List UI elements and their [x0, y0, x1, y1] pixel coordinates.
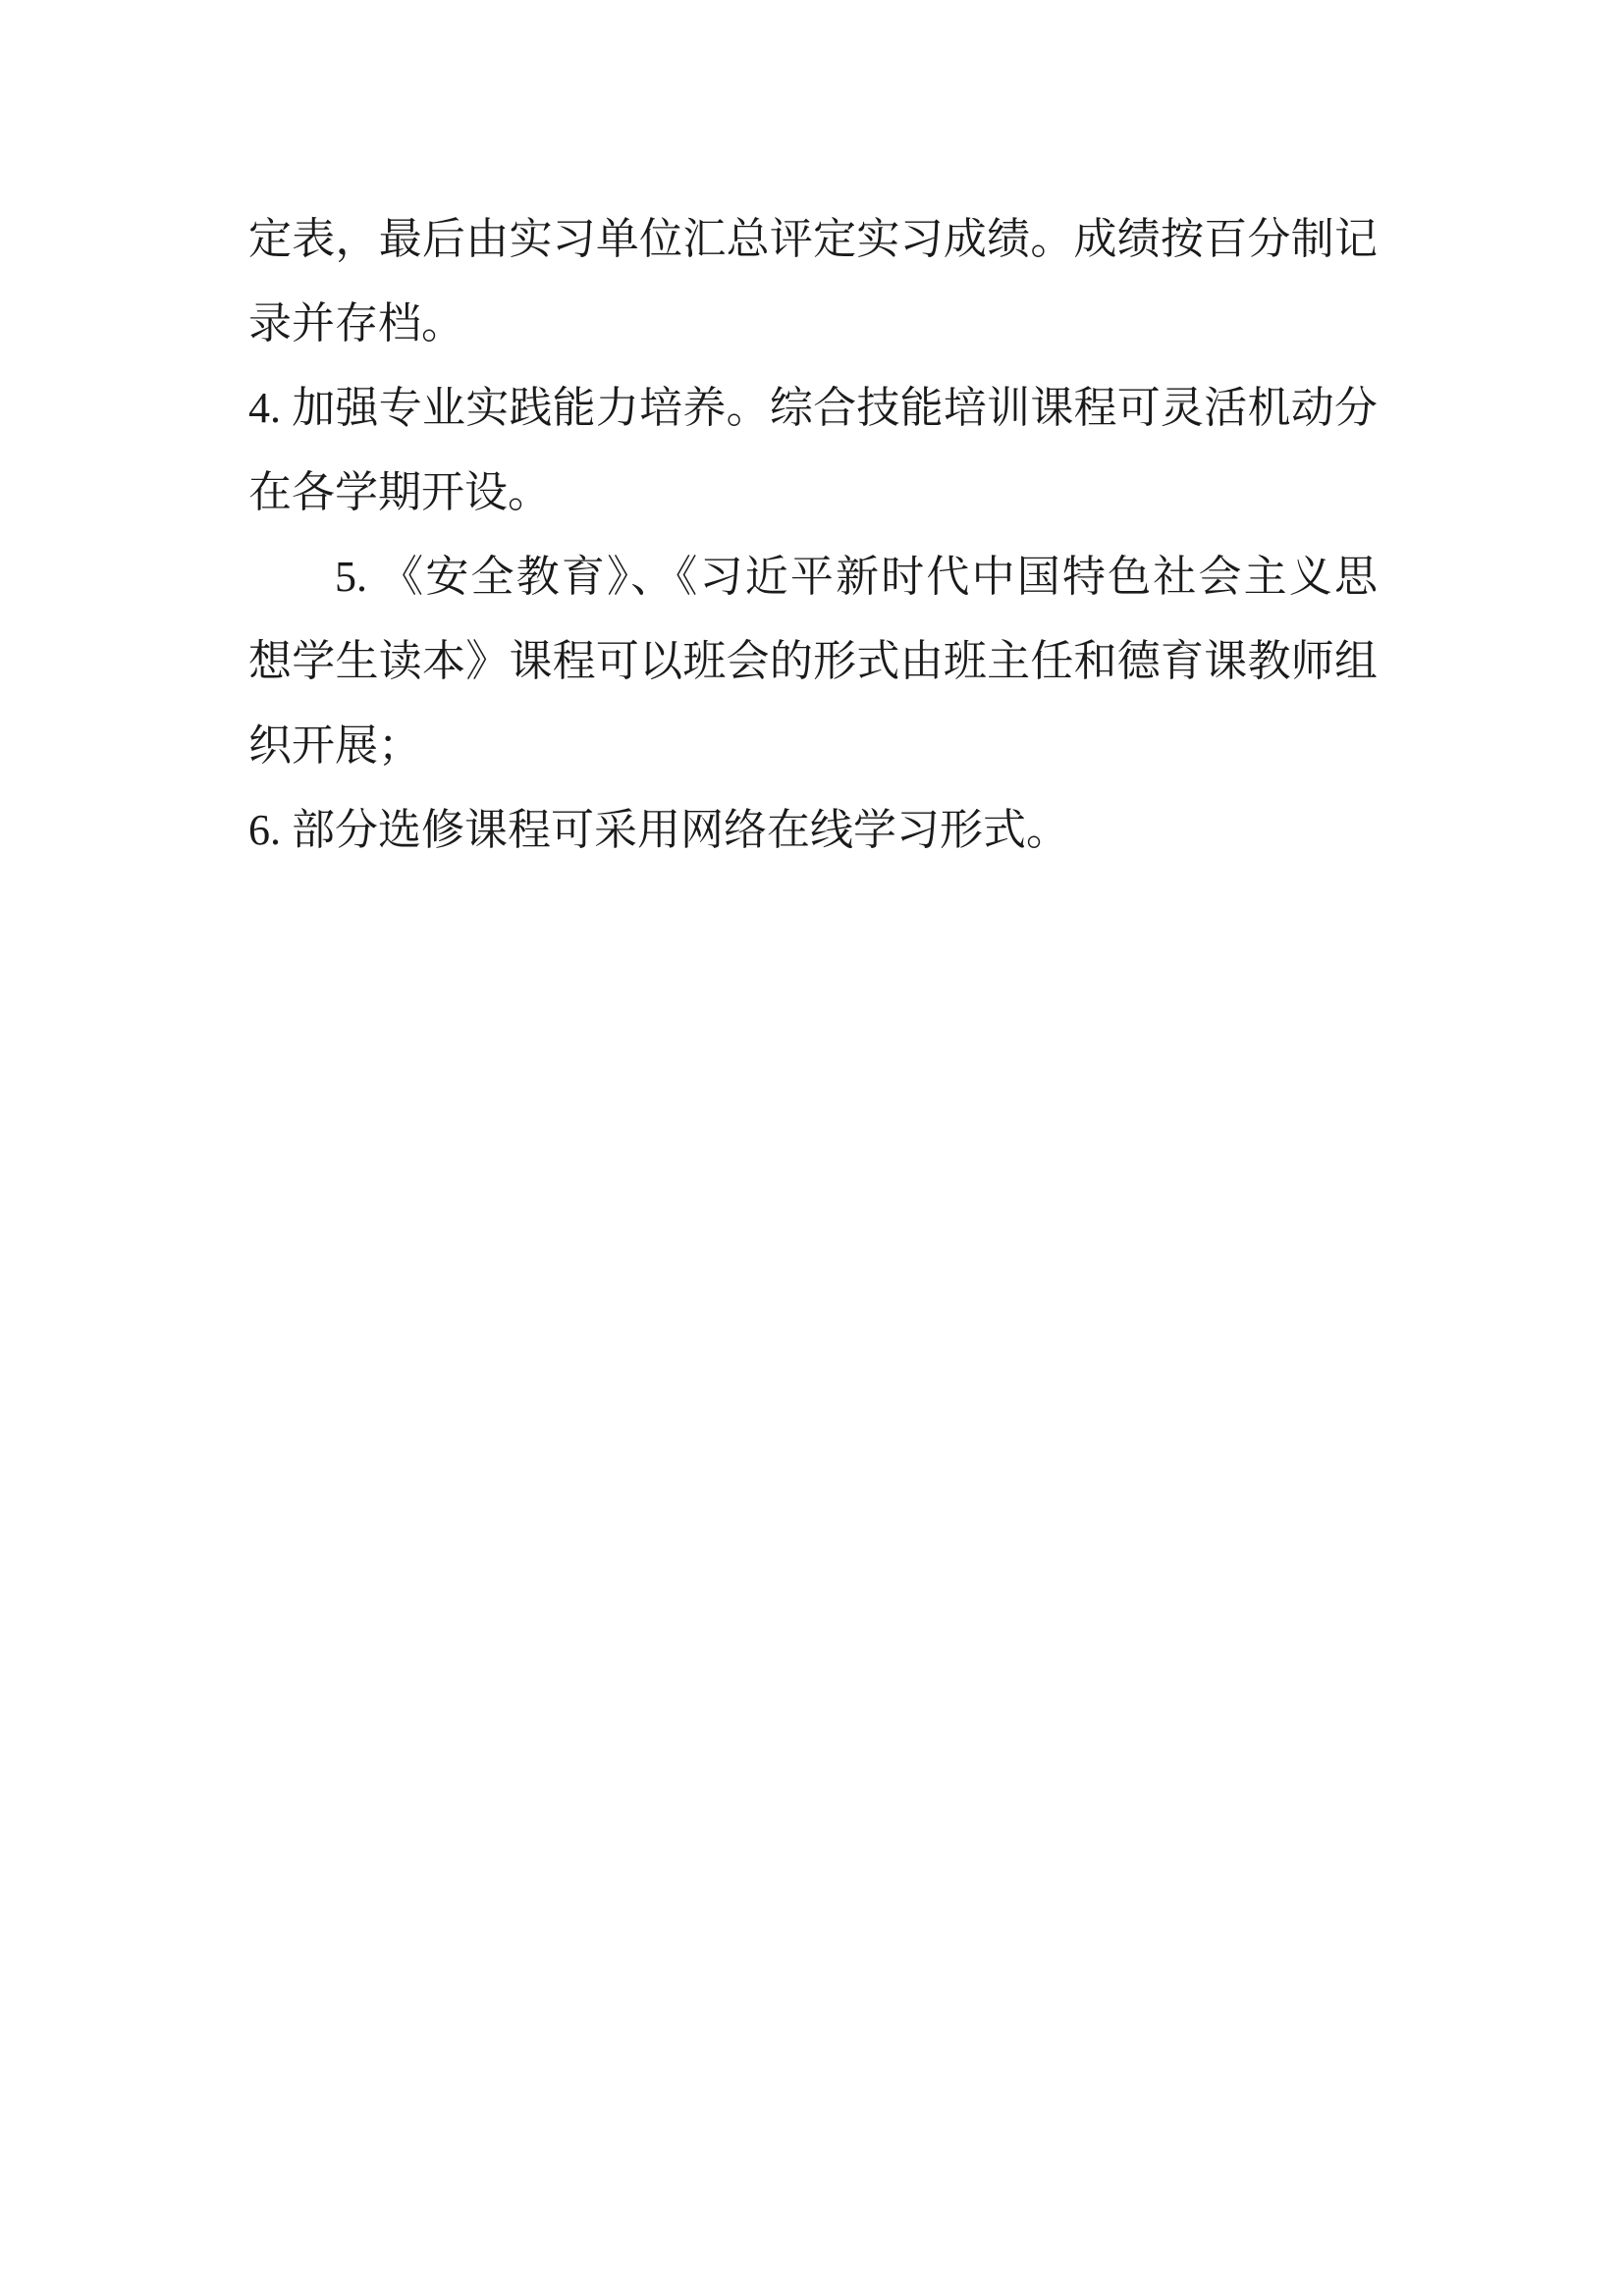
text-line-2: 录并存档。 — [248, 282, 1378, 366]
text-line-6: 想学生读本》课程可以班会的形式由班主任和德育课教师组 — [248, 619, 1378, 704]
text-line-1: 定表，最后由实习单位汇总评定实习成绩。成绩按百分制记 — [248, 197, 1378, 282]
document-text-block: 定表，最后由实习单位汇总评定实习成绩。成绩按百分制记 录并存档。 4. 加强专业… — [248, 197, 1378, 873]
text-line-5: 5. 《安全教育》、《习近平新时代中国特色社会主义思 — [248, 535, 1378, 619]
text-line-3: 4. 加强专业实践能力培养。综合技能培训课程可灵活机动分 — [248, 366, 1378, 451]
text-line-8: 6. 部分选修课程可采用网络在线学习形式。 — [248, 788, 1378, 873]
document-page: 定表，最后由实习单位汇总评定实习成绩。成绩按百分制记 录并存档。 4. 加强专业… — [0, 0, 1624, 2296]
text-line-4: 在各学期开设。 — [248, 451, 1378, 535]
text-line-7: 织开展； — [248, 704, 1378, 788]
